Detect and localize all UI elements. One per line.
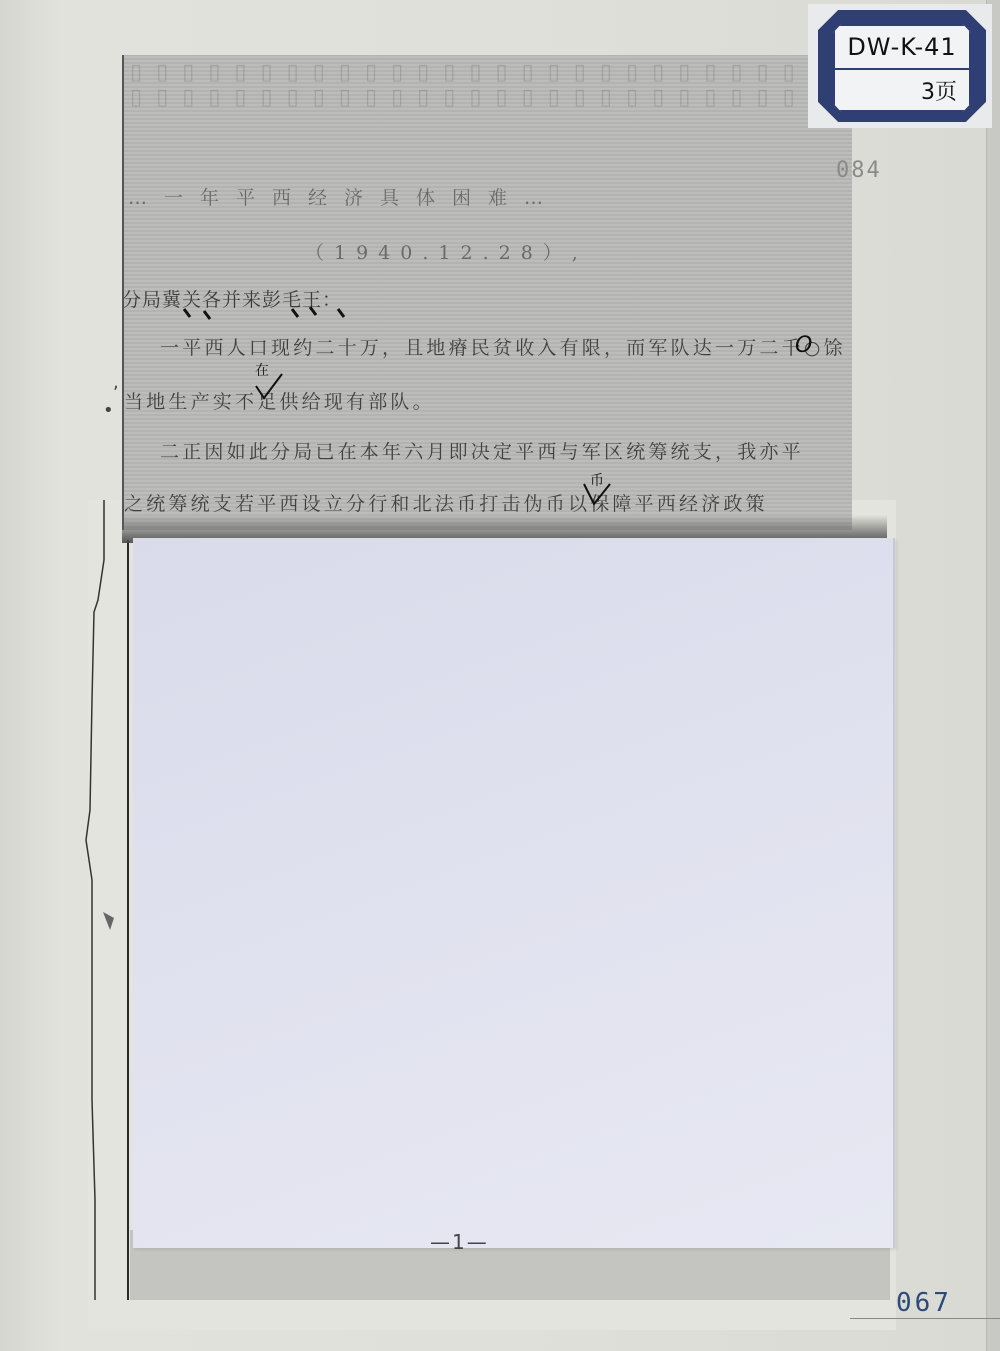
document-date: （1940.12.28）, bbox=[305, 238, 588, 265]
margin-comma-mark: , bbox=[113, 372, 119, 393]
checkmark-icon bbox=[582, 478, 612, 508]
paragraph-2-line-2: 之统筹统支若平西设立分行和北法币打击伪币以保障平西经济政策 bbox=[124, 489, 768, 516]
faded-header-text: ▯▯▯▯▯▯▯▯▯▯▯▯▯▯▯▯▯▯▯▯▯▯▯▯▯▯▯▯▯▯▯▯▯▯▯▯▯▯▯▯… bbox=[130, 60, 820, 150]
blank-overlay-card bbox=[133, 538, 895, 1248]
page-footer-number: —1— bbox=[430, 1230, 489, 1254]
document-title: …一年平西经济具体困难… bbox=[128, 183, 560, 210]
archive-stamp-line bbox=[850, 1318, 1000, 1319]
archive-label: DW-K-41 3页 bbox=[808, 4, 992, 128]
archive-label-code: DW-K-41 bbox=[835, 26, 969, 70]
top-page-number: 084 bbox=[836, 158, 882, 183]
emphasis-marks bbox=[180, 305, 350, 325]
handwritten-circle-zero: O bbox=[795, 333, 812, 358]
paragraph-1-line-1: 一平西人口现约二十万，且地瘠民贫收入有限，而军队达一万二千○馀 bbox=[160, 333, 846, 360]
archive-label-pages: 3页 bbox=[835, 70, 969, 110]
archive-stamp-number: 067 bbox=[896, 1288, 952, 1318]
checkmark-icon bbox=[254, 372, 284, 402]
archive-label-inner: DW-K-41 3页 bbox=[833, 24, 971, 112]
paragraph-2-line-1: 二正因如此分局已在本年六月即决定平西与军区统筹统支，我亦平 bbox=[160, 437, 804, 464]
margin-dot-mark: • bbox=[103, 400, 114, 421]
